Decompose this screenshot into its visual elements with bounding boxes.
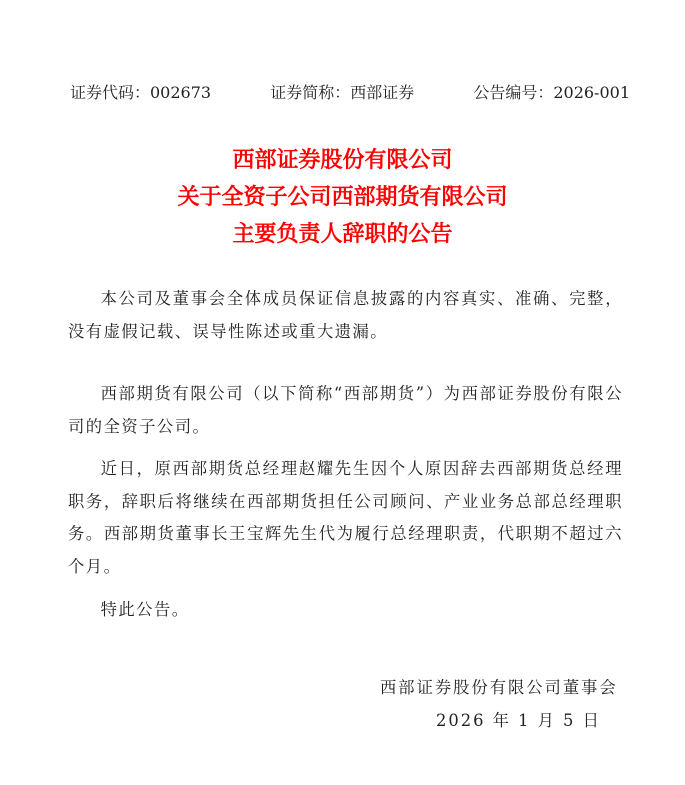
signature-organization: 西部证券股份有限公司董事会 — [380, 674, 618, 698]
subsidiary-paragraph: 西部期货有限公司（以下简称“西部期货”）为西部证券股份有限公司的全资子公司。 — [68, 378, 623, 443]
title-line-1: 西部证券股份有限公司 — [0, 143, 685, 174]
resignation-paragraph: 近日，原西部期货总经理赵耀先生因个人原因辞去西部期货总经理职务，辞职后将继续在西… — [68, 453, 623, 583]
title-line-3: 主要负责人辞职的公告 — [0, 217, 685, 248]
stock-code: 证券代码：002673 — [70, 80, 211, 103]
announcement-number: 公告编号：2026-001 — [473, 80, 630, 103]
title-line-2: 关于全资子公司西部期货有限公司 — [0, 180, 685, 211]
announcement-header: 证券代码：002673 证券简称：西部证券 公告编号：2026-001 — [70, 80, 630, 103]
closing-paragraph: 特此公告。 — [68, 594, 623, 627]
disclaimer-paragraph: 本公司及董事会全体成员保证信息披露的内容真实、准确、完整，没有虚假记载、误导性陈… — [68, 283, 623, 348]
signature-date: 2026 年 1 月 5 日 — [436, 707, 601, 731]
stock-name: 证券简称：西部证券 — [270, 80, 414, 103]
